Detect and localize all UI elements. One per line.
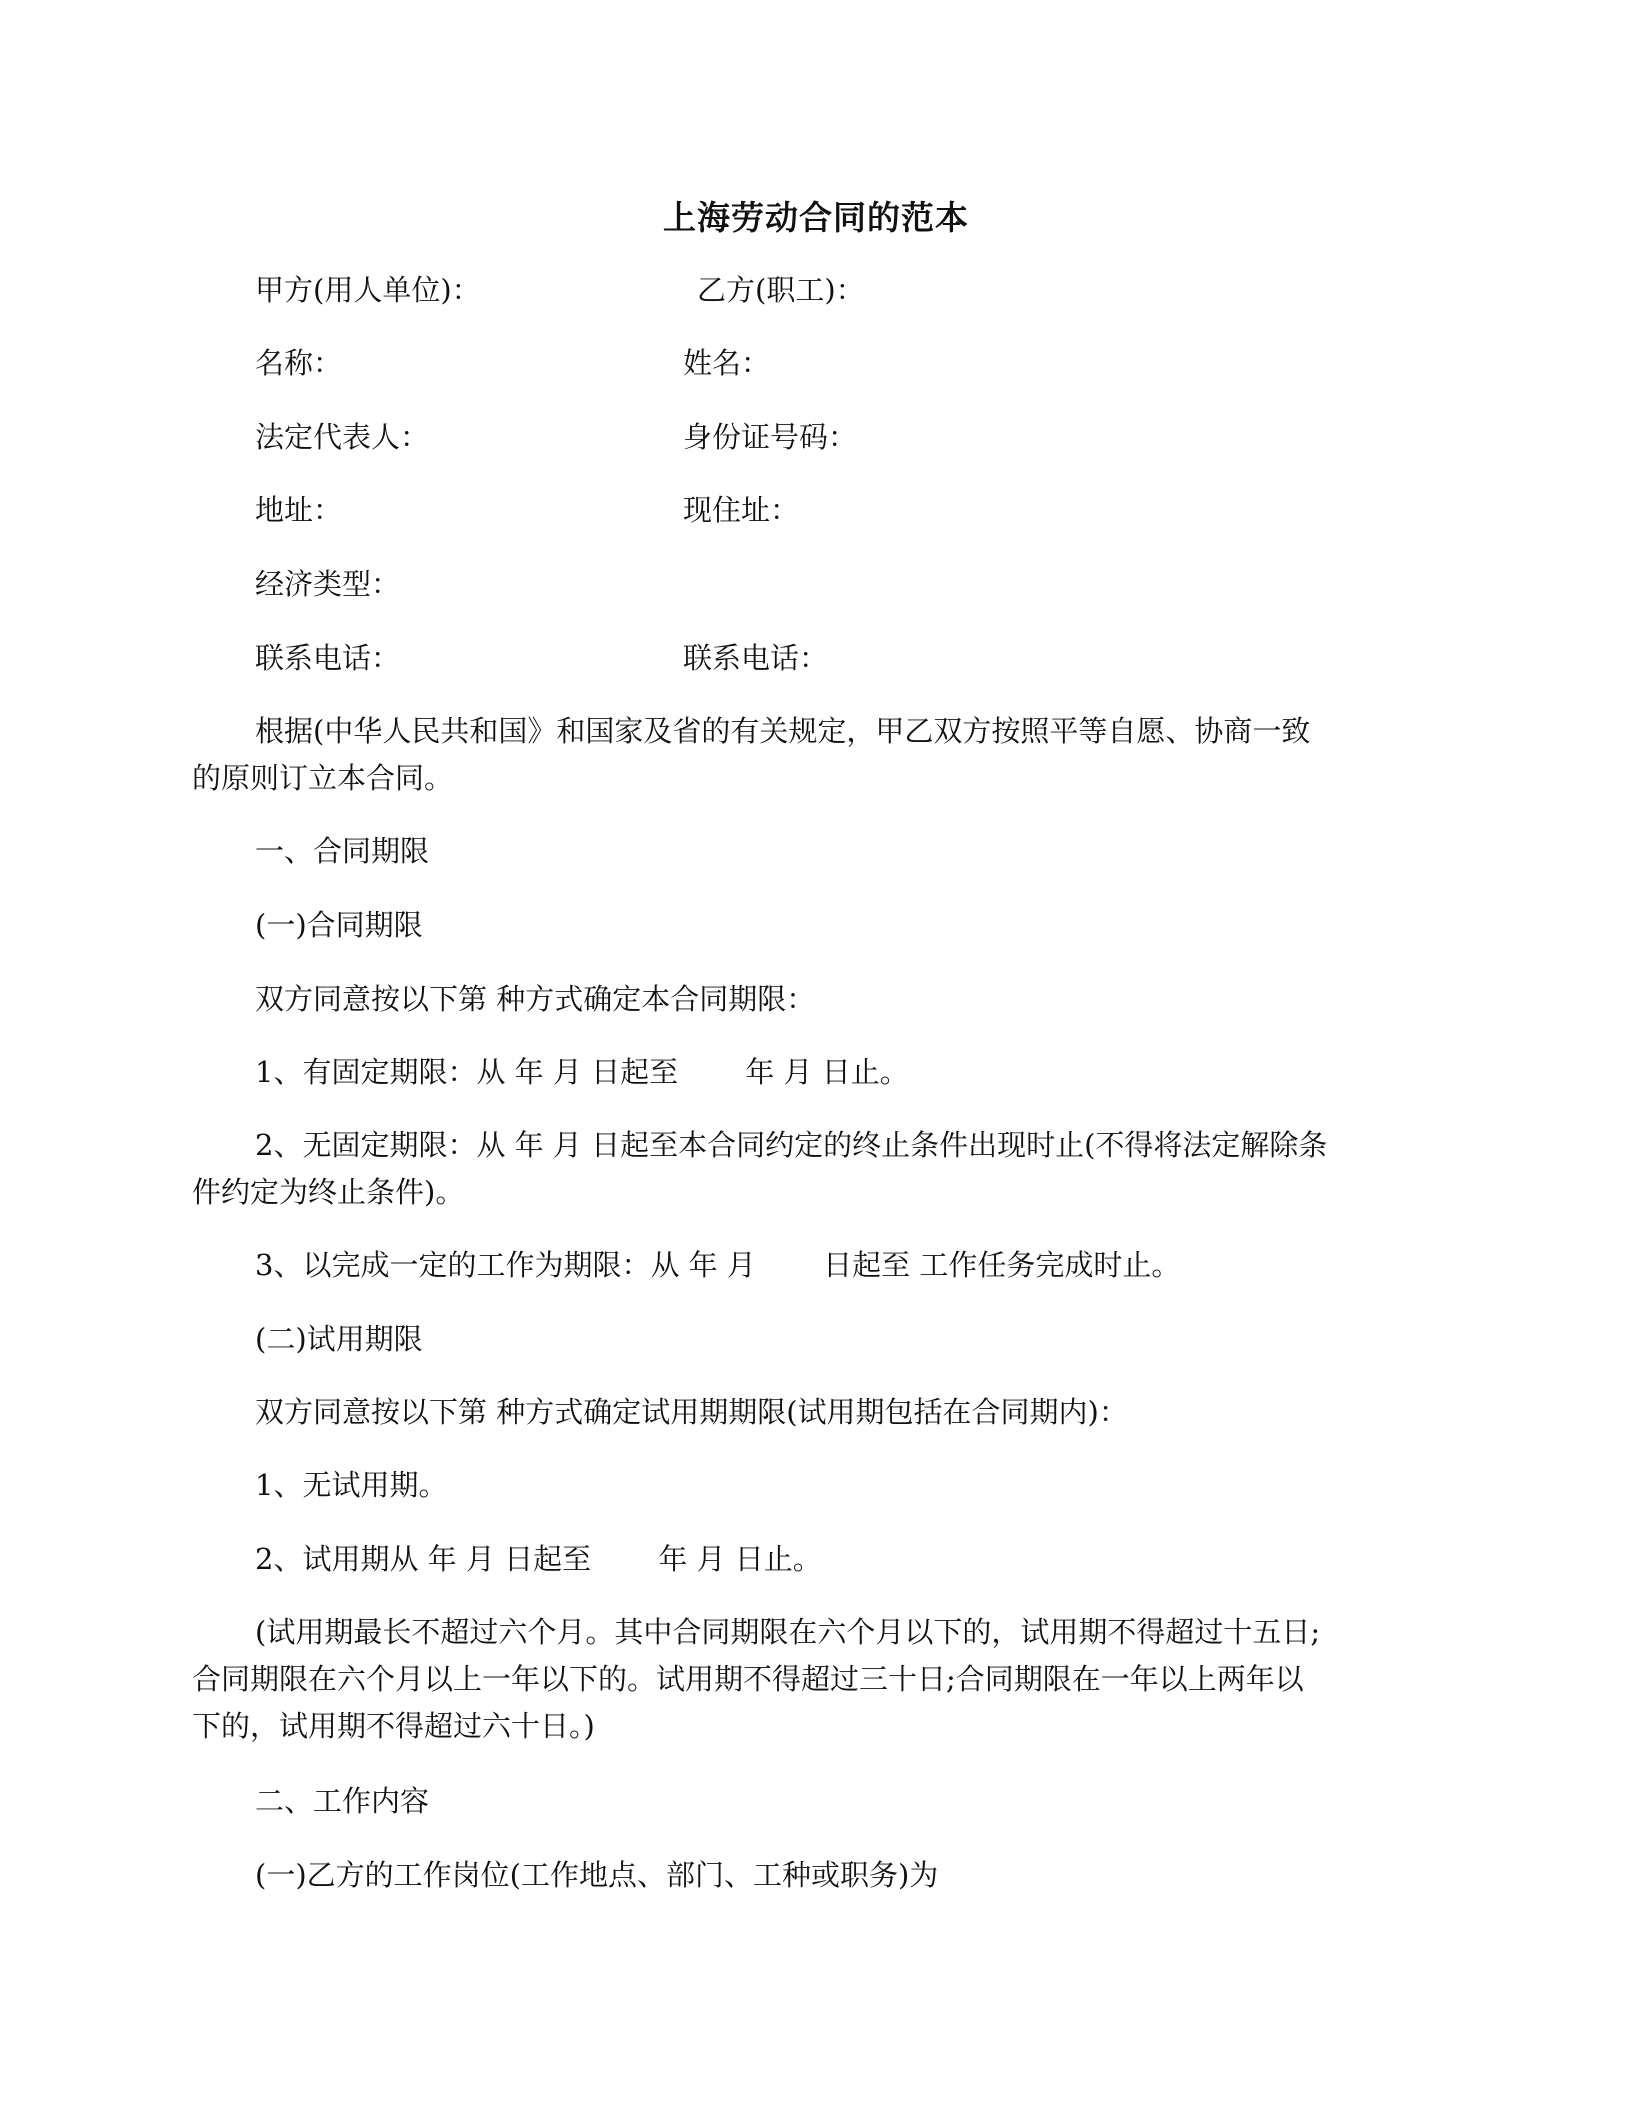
field-legal-rep: 法定代表人： xyxy=(255,419,429,455)
term-option-2-line-1: 2、无固定期限：从 年 月 日起至本合同约定的终止条件出现时止(不得将法定解除条 xyxy=(255,1127,1327,1163)
trial-note-line-3: 下的，试用期不得超过六十日。) xyxy=(192,1708,595,1744)
field-employee-name: 姓名： xyxy=(683,345,770,381)
section1-heading: 一、合同期限 xyxy=(255,833,429,869)
field-current-address: 现住址： xyxy=(683,492,799,528)
trial-note-line-1: (试用期最长不超过六个月。其中合同期限在六个月以下的，试用期不得超过十五日; xyxy=(255,1614,1320,1650)
section1-sub1-intro: 双方同意按以下第 种方式确定本合同期限： xyxy=(255,981,815,1017)
term-option-3: 3、以完成一定的工作为期限：从 年 月 日起至 工作任务完成时止。 xyxy=(255,1247,1180,1283)
section1-sub2: (二)试用期限 xyxy=(255,1321,423,1357)
section2-heading: 二、工作内容 xyxy=(255,1783,429,1819)
party-a-label: 甲方(用人单位)： xyxy=(255,272,481,308)
field-economic-type: 经济类型： xyxy=(255,566,400,602)
trial-option-2: 2、试用期从 年 月 日起至 年 月 日止。 xyxy=(255,1541,822,1577)
field-name: 名称： xyxy=(255,345,342,381)
section2-sub1: (一)乙方的工作岗位(工作地点、部门、工种或职务)为 xyxy=(255,1857,938,1893)
document-title: 上海劳动合同的范本 xyxy=(0,192,1632,239)
trial-option-1: 1、无试用期。 xyxy=(255,1467,447,1503)
preamble-line-1: 根据(中华人民共和国》和国家及省的有关规定，甲乙双方按照平等自愿、协商一致 xyxy=(255,713,1310,749)
section1-sub1: (一)合同期限 xyxy=(255,907,423,943)
field-phone-a: 联系电话： xyxy=(255,640,400,676)
preamble-line-2: 的原则订立本合同。 xyxy=(192,760,453,796)
term-option-2-line-2: 件约定为终止条件)。 xyxy=(192,1174,464,1210)
field-address: 地址： xyxy=(255,492,342,528)
trial-note-line-2: 合同期限在六个月以上一年以下的。试用期不得超过三十日;合同期限在一年以上两年以 xyxy=(192,1661,1304,1697)
field-id-number: 身份证号码： xyxy=(683,419,857,455)
term-option-1: 1、有固定期限：从 年 月 日起至 年 月 日止。 xyxy=(255,1054,909,1090)
field-phone-b: 联系电话： xyxy=(683,640,828,676)
party-b-label: 乙方(职工)： xyxy=(697,272,865,308)
section1-sub2-intro: 双方同意按以下第 种方式确定试用期期限(试用期包括在合同期内)： xyxy=(255,1394,1128,1430)
